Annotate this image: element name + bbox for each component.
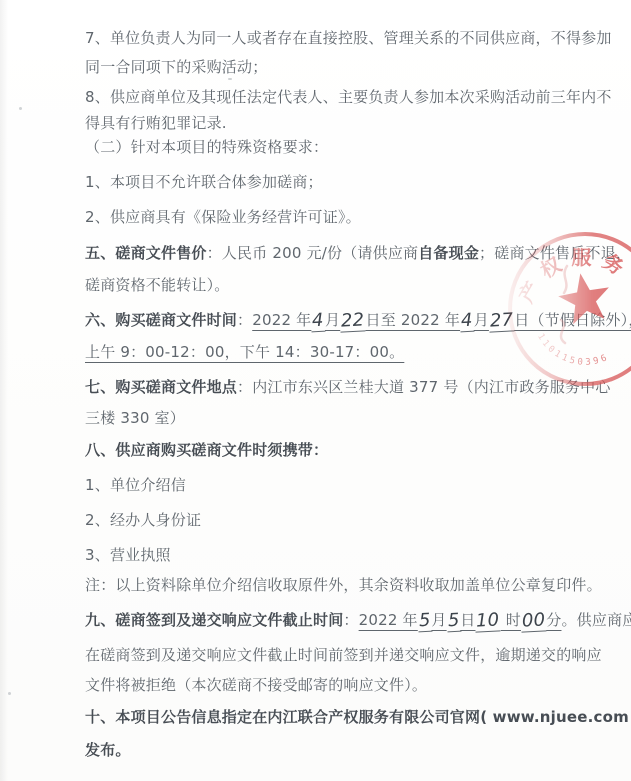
- handwritten-text: 4: [460, 314, 475, 333]
- doc-text: 3、营业执照: [85, 546, 171, 564]
- doc-line-2: 同一合同项下的采购活动；: [85, 57, 267, 79]
- doc-text: 五、磋商文件售价: [85, 244, 207, 262]
- doc-text: ：人民币 200 元/份（请供应商: [207, 244, 419, 262]
- scan-speck: [8, 692, 11, 695]
- doc-text: 月: [474, 311, 489, 329]
- doc-line-5: （二）针对本项目的特殊资格要求：: [85, 137, 328, 159]
- doc-line-23: 发布。: [85, 740, 131, 762]
- doc-text: ：: [237, 311, 252, 329]
- doc-line-3: 8、供应商单位及其现任法定代表人、主要负责人参加本次采购活动前三年内不: [85, 87, 612, 109]
- handwritten-text: 4: [311, 314, 326, 333]
- doc-text: 2022 年: [359, 611, 418, 629]
- doc-line-1: 7、单位负责人为同一人或者存在直接控股、管理关系的不同供应商，不得参加: [85, 28, 612, 50]
- doc-text: 2022 年: [252, 311, 311, 329]
- doc-text: 注：以上资料除单位介绍信收取原件外，其余资料收取加盖单位公章复印件。: [85, 576, 602, 594]
- doc-text: 月: [325, 311, 340, 329]
- doc-text: 时: [501, 611, 521, 629]
- doc-text: ：: [343, 611, 358, 629]
- doc-text: 日: [460, 611, 475, 629]
- doc-text: 2、供应商具有《保险业务经营许可证》。: [85, 208, 361, 226]
- doc-text: 自备现金: [418, 244, 479, 262]
- doc-line-13: 三楼 330 室）: [85, 408, 185, 430]
- doc-line-7: 2、供应商具有《保险业务经营许可证》。: [85, 207, 361, 229]
- doc-line-16: 2、经办人身份证: [85, 510, 201, 532]
- doc-line-22: 十、本项目公告信息指定在内江联合产权服务有限公司官网( www.njuee.co…: [85, 707, 631, 729]
- doc-text: 七、购买磋商文件地点: [85, 378, 237, 396]
- doc-text: 1、本项目不允许联合体参加磋商；: [85, 173, 323, 191]
- doc-line-11: 上午 9：00-12：00，下午 14：30-17：00。: [85, 342, 404, 364]
- handwritten-text: 00: [521, 613, 547, 632]
- document-body: 7、单位负责人为同一人或者存在直接控股、管理关系的不同供应商，不得参加同一合同项…: [0, 0, 631, 781]
- doc-text: （二）针对本项目的特殊资格要求：: [85, 138, 328, 156]
- doc-text: 同一合同项下的采购活动；: [85, 58, 267, 76]
- scan-speck: [228, 78, 232, 80]
- doc-line-18: 注：以上资料除单位介绍信收取原件外，其余资料收取加盖单位公章复印件。: [85, 575, 602, 597]
- doc-text: 九、磋商签到及递交响应文件截止时间: [85, 611, 343, 629]
- doc-text: 文件将被拒绝（本次磋商不接受邮寄的响应文件）。: [85, 676, 427, 694]
- doc-line-14: 八、供应商购买磋商文件时须携带：: [85, 440, 328, 462]
- doc-line-4: 得具有行贿犯罪记录.: [85, 113, 227, 135]
- doc-line-9: 磋商资格不能转让）。: [85, 275, 230, 297]
- doc-text: 发布。: [85, 741, 131, 759]
- seal-ink-scribble: [561, 266, 567, 343]
- scanned-document-page: 7、单位负责人为同一人或者存在直接控股、管理关系的不同供应商，不得参加同一合同项…: [0, 0, 631, 781]
- scan-speck: [19, 107, 22, 110]
- handwritten-text: 5: [417, 614, 432, 633]
- doc-line-21: 文件将被拒绝（本次磋商不接受邮寄的响应文件）。: [85, 675, 427, 697]
- doc-text: 得具有行贿犯罪记录.: [85, 114, 227, 132]
- doc-text: 八、供应商购买磋商文件时须携带：: [85, 441, 328, 459]
- handwritten-text: 10: [475, 613, 501, 632]
- doc-text: 7、单位负责人为同一人或者存在直接控股、管理关系的不同供应商，不得参加: [85, 29, 612, 47]
- doc-text: 2、经办人身份证: [85, 511, 201, 529]
- doc-text: 1、单位介绍信: [85, 476, 186, 494]
- doc-line-19: 九、磋商签到及递交响应文件截止时间：2022 年5月5日10 时00分。供应商应: [85, 610, 631, 632]
- doc-text: 上午 9：00-12：00，下午 14：30-17：00。: [85, 343, 404, 361]
- doc-line-20: 在磋商签到及递交响应文件截止时间前签到并递交响应文件，逾期递交的响应: [85, 645, 602, 667]
- doc-line-17: 3、营业执照: [85, 545, 171, 567]
- doc-text: 月: [431, 611, 446, 629]
- doc-text: 在磋商签到及递交响应文件截止时间前签到并递交响应文件，逾期递交的响应: [85, 646, 602, 664]
- doc-text: 。供应商应: [561, 611, 631, 629]
- handwritten-text: 5: [446, 614, 461, 633]
- company-seal-stamp: 产权服务 1101150396: [505, 228, 631, 390]
- doc-text: 三楼 330 室）: [85, 409, 185, 427]
- doc-text: 日至 2022 年: [366, 311, 461, 329]
- seal-serial-number: 1101150396: [535, 332, 611, 368]
- doc-text: 十、本项目公告信息指定在内江联合产权服务有限公司官网( www.njuee.co…: [85, 708, 631, 726]
- doc-line-6: 1、本项目不允许联合体参加磋商；: [85, 172, 323, 194]
- doc-text: 8、供应商单位及其现任法定代表人、主要负责人参加本次采购活动前三年内不: [85, 88, 612, 106]
- doc-text: 分: [546, 611, 561, 629]
- handwritten-text: 22: [340, 313, 366, 332]
- doc-text: 六、购买磋商文件时间: [85, 311, 237, 329]
- doc-line-15: 1、单位介绍信: [85, 475, 186, 497]
- doc-text: 磋商资格不能转让）。: [85, 276, 230, 294]
